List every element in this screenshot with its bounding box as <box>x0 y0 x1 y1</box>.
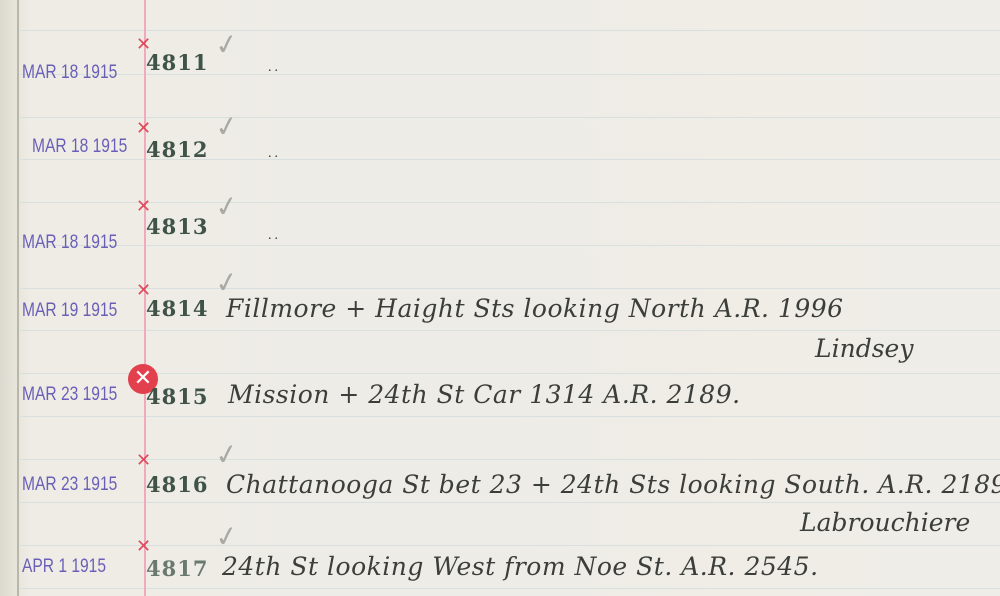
ledger-page: ✕ ✓ MAR 18 1915 4811 .. ✕ ✓ MAR 18 1915 … <box>0 0 1000 596</box>
ruled-line <box>20 545 1000 546</box>
ditto-mark: .. <box>268 60 281 76</box>
x-mark-icon: ✕ <box>136 118 151 139</box>
check-mark-icon: ✓ <box>212 108 241 145</box>
x-mark-icon: ✕ <box>136 536 151 557</box>
entry-number: 4814 <box>146 296 208 321</box>
x-mark-icon: ✕ <box>136 450 151 471</box>
ruled-line <box>20 202 1000 203</box>
date-stamp: MAR 23 1915 <box>22 384 117 406</box>
entry-number: 4811 <box>146 50 208 75</box>
ruled-line <box>20 459 1000 460</box>
ditto-mark: .. <box>268 146 281 162</box>
entry-number: 4813 <box>146 214 208 239</box>
entry-description: Mission + 24th St Car 1314 A.R. 2189. <box>228 380 741 409</box>
ruled-line <box>20 288 1000 289</box>
entry-number: 4812 <box>146 137 208 162</box>
date-stamp: MAR 18 1915 <box>22 232 117 254</box>
ruled-line <box>20 330 1000 331</box>
date-stamp: APR 1 1915 <box>22 556 106 578</box>
photographer-name: Labrouchiere <box>800 508 970 537</box>
date-stamp: MAR 19 1915 <box>22 300 117 322</box>
ruled-line <box>20 117 1000 118</box>
date-stamp: MAR 18 1915 <box>22 62 117 84</box>
entry-number: 4815 <box>146 384 208 409</box>
check-mark-icon: ✓ <box>212 188 241 225</box>
check-mark-icon: ✓ <box>212 518 241 555</box>
entry-description: 24th St looking West from Noe St. A.R. 2… <box>222 552 819 581</box>
ruled-line <box>20 373 1000 374</box>
entry-number: 4817 <box>146 556 208 581</box>
ruled-line <box>20 588 1000 589</box>
entry-description: Chattanooga St bet 23 + 24th Sts looking… <box>226 470 1000 499</box>
check-mark-icon: ✓ <box>212 26 241 63</box>
ruled-line <box>20 416 1000 417</box>
photographer-name: Lindsey <box>815 334 913 363</box>
ruled-line <box>20 30 1000 31</box>
page-binding-edge <box>17 0 19 596</box>
date-stamp: MAR 23 1915 <box>22 474 117 496</box>
check-mark-icon: ✓ <box>212 436 241 473</box>
entry-description: Fillmore + Haight Sts looking North A.R.… <box>226 294 844 323</box>
ruled-line <box>20 245 1000 246</box>
ditto-mark: .. <box>268 228 281 244</box>
entry-number: 4816 <box>146 472 208 497</box>
date-stamp: MAR 18 1915 <box>32 136 127 158</box>
ruled-line <box>20 502 1000 503</box>
